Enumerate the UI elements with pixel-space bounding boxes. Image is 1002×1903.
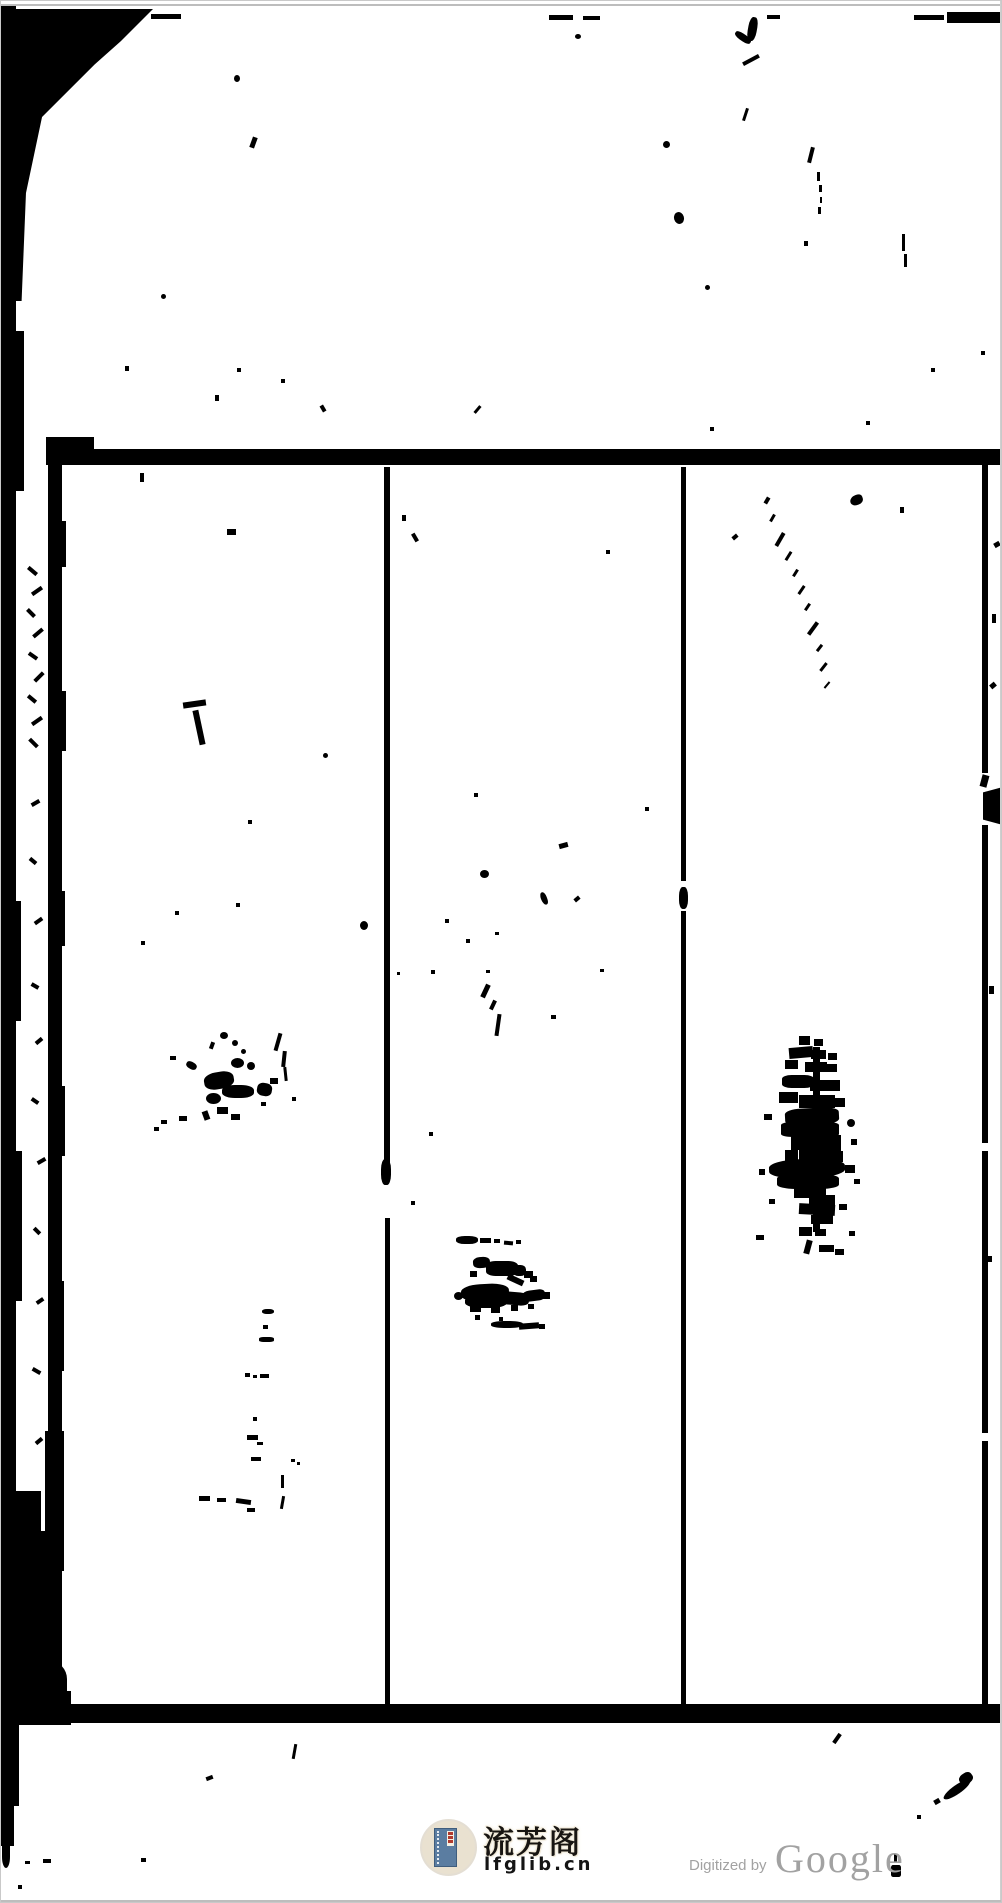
ink-speck [606, 550, 610, 554]
column-divider-2-upper [681, 467, 686, 881]
ink-blob [480, 870, 489, 878]
ink-scratch [292, 1744, 298, 1759]
ink-smudge [835, 1249, 844, 1255]
ink-smudge [539, 1324, 545, 1329]
ink-smudge [851, 1139, 857, 1145]
ink-scratch [573, 896, 580, 903]
ink-speck [900, 507, 904, 513]
ink-smudge [454, 1292, 463, 1300]
frame-right-border [982, 1151, 988, 1433]
ink-smudge [516, 1240, 521, 1244]
ink-speck [551, 1015, 556, 1019]
ink-speck [257, 1442, 263, 1445]
ink-speck [291, 1459, 295, 1462]
ink-scratch [539, 891, 549, 905]
ink-speck [663, 141, 670, 148]
edge-hatch-scratch [26, 608, 36, 618]
ink-speck [251, 1457, 261, 1461]
ink-smudge [475, 1315, 480, 1320]
ink-speck [645, 807, 649, 811]
column-divider-2-lower [681, 911, 686, 1707]
ink-scratch [183, 699, 207, 708]
edge-hatch-scratch [35, 1037, 44, 1045]
ink-scratch [281, 1475, 284, 1488]
ink-scratch [807, 147, 815, 163]
ink-speck [931, 368, 935, 372]
ink-smudge [209, 1042, 215, 1050]
ink-smudge [232, 1040, 238, 1046]
ink-scratch [280, 1496, 285, 1509]
frame-right-border [982, 465, 988, 773]
frame-left-border-bump [59, 691, 66, 751]
edge-hatch-scratch [31, 586, 43, 596]
ink-smudge [789, 1046, 814, 1059]
ink-smudge [815, 1229, 826, 1236]
ink-smudge [543, 1292, 550, 1299]
ink-speck [902, 234, 905, 251]
ink-speck [247, 1508, 255, 1512]
ink-scratch [764, 496, 771, 504]
ink-smudge [847, 1119, 855, 1127]
edge-hatch-scratch [32, 1367, 42, 1375]
scan-edge-line [1, 4, 1002, 6]
ink-smudge [456, 1236, 478, 1244]
lfglib-logo [422, 1821, 475, 1874]
edge-hatch-scratch [27, 566, 38, 576]
frame-bottom-border [19, 1704, 1002, 1723]
ink-smudge [241, 1049, 246, 1054]
ink-scratch [797, 585, 805, 595]
ink-speck [817, 172, 820, 181]
ink-speck [575, 34, 581, 39]
ink-speck [445, 919, 449, 923]
frame-top-border [46, 449, 1002, 465]
ink-speck [981, 351, 985, 355]
ink-speck [819, 185, 822, 192]
column-divider-1-upper [384, 467, 390, 1167]
ink-speck [263, 1325, 268, 1329]
ink-scratch [731, 534, 738, 541]
ink-smudge [470, 1271, 477, 1277]
ink-scratch [803, 1239, 812, 1254]
ink-speck [216, 458, 220, 465]
ink-speck [804, 241, 808, 246]
ink-smudge [819, 1245, 834, 1252]
ink-smudge [799, 1227, 812, 1236]
ink-smudge [854, 1179, 860, 1184]
ink-speck [227, 529, 236, 535]
ink-smudge [759, 1169, 765, 1175]
ink-speck [281, 379, 285, 383]
ink-speck [933, 1798, 941, 1805]
ink-smudge [222, 1085, 254, 1098]
edge-hatch-scratch [28, 738, 39, 749]
ink-scratch [824, 681, 831, 688]
edge-hatch-scratch [28, 651, 38, 660]
ink-smudge [494, 1239, 500, 1243]
ink-smudge [491, 1307, 500, 1313]
ink-speck [466, 939, 470, 943]
watermark: 流芳阁 lfglib.cn Digitized by Google [1, 1811, 1002, 1901]
ink-speck [397, 972, 400, 975]
ink-speck [866, 421, 870, 425]
ink-speck [600, 969, 604, 972]
ink-speck [245, 1373, 250, 1377]
ink-speck [140, 473, 144, 482]
ink-smudge [814, 1039, 823, 1046]
ink-smudge [161, 1120, 167, 1124]
ink-smudge [185, 1060, 198, 1072]
ink-smudge [231, 1114, 240, 1120]
ink-speck [705, 285, 710, 290]
ink-smudge [511, 1305, 518, 1311]
ink-scratch [281, 1051, 287, 1067]
ink-smudge [170, 1056, 176, 1060]
ink-smudge [154, 1127, 159, 1131]
ink-speck [818, 207, 821, 214]
frame-left-border-bump [59, 891, 65, 946]
ink-speck [297, 1462, 300, 1465]
top-edge-dash [549, 15, 573, 20]
ink-speck [161, 294, 166, 299]
left-edge-band-bump [14, 331, 24, 491]
ink-smudge [179, 1116, 187, 1121]
ink-scratch [785, 551, 793, 561]
left-edge-band [16, 1531, 56, 1706]
ink-scratch [559, 842, 569, 849]
ink-smudge [849, 1231, 855, 1236]
ink-smudge [769, 1199, 775, 1204]
ink-scratch [480, 984, 490, 999]
ink-scratch [742, 54, 760, 66]
ink-speck [411, 1201, 415, 1205]
ink-blob [360, 921, 368, 930]
ink-speck [175, 911, 179, 915]
ink-smudge [519, 1322, 539, 1329]
logo-book-icon [434, 1828, 457, 1867]
ink-scratch [489, 1000, 497, 1011]
left-edge-band-lower [1, 1706, 19, 1806]
ink-speck [260, 1374, 269, 1378]
ink-scratch [283, 1067, 287, 1081]
ink-scratch [192, 710, 205, 745]
ink-smudge [480, 1238, 491, 1243]
ink-scratch [804, 603, 811, 611]
ink-speck [474, 793, 478, 797]
top-edge-dash [767, 15, 780, 19]
frame-left-border-bump [60, 521, 66, 567]
ink-scratch [473, 405, 481, 414]
ink-speck [989, 986, 994, 994]
frame-right-border [980, 774, 990, 787]
ink-smudge [834, 1098, 845, 1107]
edge-hatch-scratch [34, 917, 44, 925]
digitized-by-label: Digitized by [689, 1857, 767, 1874]
ink-smudge [270, 1078, 278, 1084]
ink-speck [141, 941, 145, 945]
ink-scratch [274, 1033, 283, 1051]
ink-smudge [764, 1114, 772, 1120]
ink-scratch [411, 533, 419, 543]
ink-scratch [816, 644, 823, 652]
ink-smudge [799, 1203, 836, 1216]
ink-smudge [217, 1107, 228, 1114]
site-domain: lfglib.cn [484, 1854, 593, 1875]
ink-speck [904, 254, 907, 267]
left-edge-band-bump [14, 901, 21, 1021]
ink-scratch [775, 532, 786, 547]
ink-scratch [249, 136, 257, 148]
ink-speck [236, 903, 240, 907]
frame-left-border-bump [53, 1281, 64, 1371]
column-divider-1-end-blob [381, 1159, 391, 1185]
frame-left-border-bump [57, 1086, 65, 1156]
frame-right-border [982, 1441, 988, 1709]
edge-hatch-scratch [35, 1437, 44, 1445]
ink-smudge [206, 1093, 221, 1104]
ink-speck [820, 197, 822, 203]
ink-scratch [832, 1733, 842, 1744]
scanned-page: 流芳阁 lfglib.cn Digitized by Google [0, 0, 1002, 1903]
ink-speck [486, 970, 490, 973]
ink-smudge [811, 1215, 833, 1224]
edge-hatch-scratch [31, 1097, 40, 1105]
top-edge-dash [947, 12, 1002, 23]
ink-scratch [989, 682, 997, 690]
ink-scratch [769, 514, 776, 522]
artifact-layer [1, 1, 1001, 1902]
ink-speck [253, 1417, 257, 1421]
ink-smudge [810, 1080, 840, 1091]
top-edge-dash [151, 14, 181, 19]
ink-scratch [320, 404, 327, 412]
ink-scratch [819, 662, 828, 672]
ink-smudge [261, 1102, 266, 1106]
top-left-wedge [7, 9, 153, 301]
ink-speck [248, 820, 252, 824]
ink-speck [431, 970, 435, 974]
edge-hatch-scratch [31, 982, 40, 989]
ink-smudge [256, 1082, 273, 1097]
left-edge-band-bump [13, 1151, 22, 1301]
ink-speck [217, 1498, 226, 1502]
edge-hatch-scratch [37, 1157, 47, 1165]
top-edge-dash [914, 15, 944, 20]
ink-smudge [247, 1062, 255, 1070]
top-edge-dash [583, 16, 600, 20]
google-brand: Google [775, 1835, 905, 1882]
ink-speck [199, 1496, 210, 1501]
ink-smudge [528, 1304, 534, 1309]
ink-speck [237, 368, 241, 372]
edge-hatch-scratch [27, 694, 37, 703]
column-divider-1-lower [385, 1218, 390, 1708]
ink-smudge [828, 1053, 837, 1060]
ink-smudge [799, 1095, 835, 1108]
edge-hatch-scratch [29, 857, 38, 865]
ink-blob [849, 493, 865, 507]
logo-book-label [447, 1831, 454, 1846]
edge-hatch-scratch [32, 628, 44, 639]
ink-scratch [807, 621, 819, 635]
ink-smudge [826, 1064, 837, 1072]
column-divider-2-blob [679, 887, 688, 909]
ink-smudge [470, 1304, 481, 1312]
ink-smudge [799, 1036, 810, 1045]
ink-speck [710, 427, 714, 431]
ink-smudge [220, 1032, 228, 1039]
ink-speck [247, 1435, 258, 1440]
ink-blob [673, 211, 686, 225]
ink-smudge [292, 1097, 296, 1101]
ink-smudge [231, 1058, 244, 1068]
ink-scratch [206, 1775, 214, 1781]
ink-smudge [845, 1165, 855, 1173]
ink-speck [402, 515, 406, 521]
ink-scratch [792, 569, 799, 577]
ink-speck [125, 366, 129, 371]
ink-speck [215, 395, 219, 401]
ink-speck [495, 932, 499, 935]
ink-smudge [504, 1241, 513, 1246]
ink-speck [234, 75, 240, 82]
ink-smudge [756, 1235, 764, 1240]
ink-scratch [742, 108, 749, 121]
ink-smudge [202, 1110, 211, 1121]
edge-hatch-scratch [31, 799, 41, 807]
ink-smudge [779, 1092, 798, 1103]
ink-smudge [785, 1060, 798, 1069]
edge-hatch-scratch [33, 1227, 41, 1235]
ink-scratch [494, 1014, 501, 1036]
edge-hatch-scratch [36, 1297, 45, 1305]
ink-speck [988, 1256, 992, 1262]
ink-speck [253, 1375, 257, 1378]
edge-hatch-scratch [33, 671, 44, 682]
frame-right-border [982, 825, 988, 1143]
ink-speck [429, 1132, 433, 1136]
ink-speck [992, 614, 996, 623]
edge-hatch-scratch [31, 716, 43, 726]
ink-smudge [530, 1276, 537, 1282]
ink-smudge [839, 1204, 847, 1210]
ink-scratch [236, 1498, 252, 1505]
ink-speck [323, 753, 328, 758]
ink-speck [262, 1309, 274, 1314]
ink-speck [259, 1337, 274, 1342]
